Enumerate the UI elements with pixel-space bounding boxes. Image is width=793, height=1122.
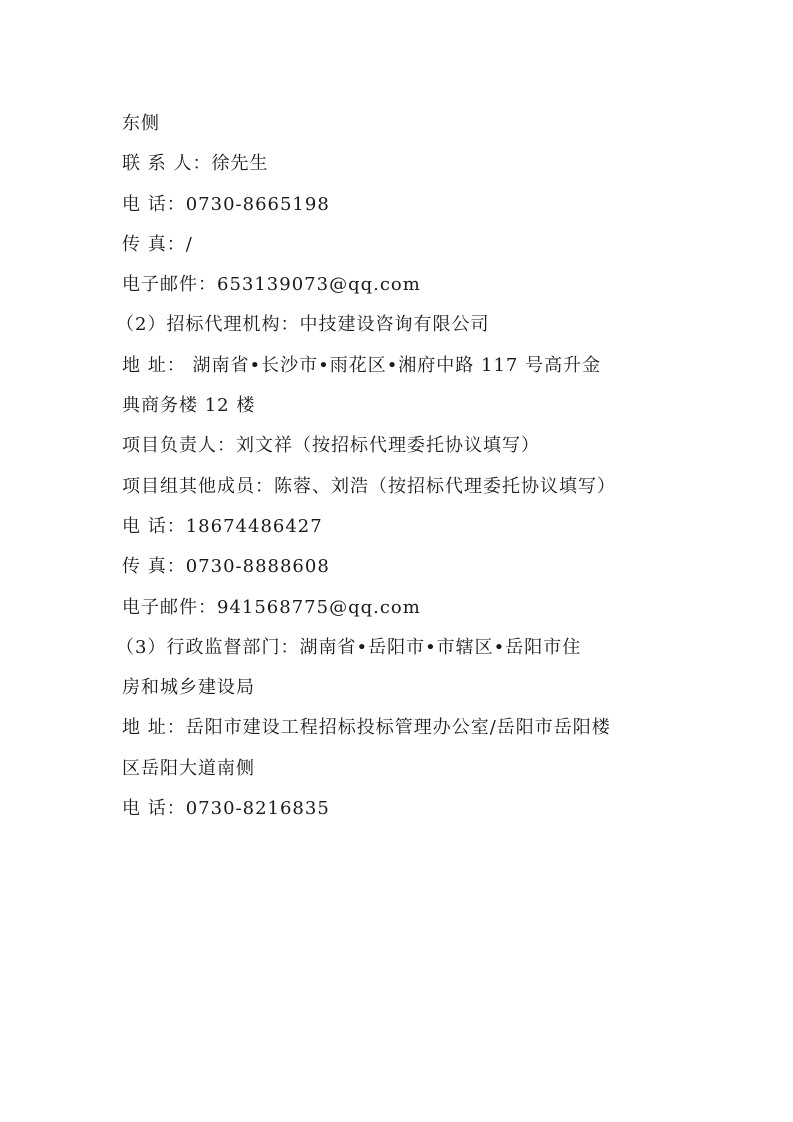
line-value: 中技建设咨询有限公司 [299, 314, 489, 335]
line-value: 房和城乡建设局 [122, 677, 255, 698]
line-value: 区岳阳大道南侧 [122, 758, 255, 779]
document-page: 东侧 联 系 人：徐先生 电 话：0730-8665198 传 真：/ 电子邮件… [122, 104, 682, 829]
supervision-address-continuation-line: 区岳阳大道南侧 [122, 749, 682, 789]
line-value: 653139073@qq.com [217, 274, 421, 295]
line-label: 电 话： [122, 516, 186, 537]
email-line: 电子邮件：653139073@qq.com [122, 265, 682, 305]
fax-line: 传 真：/ [122, 225, 682, 265]
contact-person-line: 联 系 人：徐先生 [122, 144, 682, 184]
line-value: 陈蓉、刘浩（按招标代理委托协议填写） [274, 476, 616, 497]
line-value: 18674486427 [186, 516, 323, 537]
supervision-heading-continuation-line: 房和城乡建设局 [122, 668, 682, 708]
line-value: 岳阳市建设工程招标投标管理办公室/岳阳市岳阳楼 [186, 717, 611, 738]
line-label: 项目负责人： [122, 435, 236, 456]
line-label: 传 真： [122, 556, 186, 577]
line-value: / [186, 234, 193, 255]
line-label: 电子邮件： [122, 597, 217, 618]
line-label: 项目组其他成员： [122, 476, 274, 497]
line-value: 0730-8665198 [186, 194, 330, 215]
agency-fax-line: 传 真：0730-8888608 [122, 547, 682, 587]
line-label: （2）招标代理机构： [116, 314, 299, 335]
line-value: 刘文祥（按招标代理委托协议填写） [236, 435, 540, 456]
phone-line: 电 话：0730-8665198 [122, 185, 682, 225]
address-continuation-line: 东侧 [122, 104, 682, 144]
agency-heading-line: （2）招标代理机构：中技建设咨询有限公司 [116, 305, 682, 345]
line-label: 地 址： [122, 355, 186, 376]
supervision-phone-line: 电 话：0730-8216835 [122, 789, 682, 829]
line-value: 0730-8888608 [186, 556, 330, 577]
line-label: 传 真： [122, 234, 186, 255]
supervision-heading-line: （3）行政监督部门：湖南省•岳阳市•市辖区•岳阳市住 [116, 628, 682, 668]
line-label: 电 话： [122, 798, 186, 819]
project-lead-line: 项目负责人：刘文祥（按招标代理委托协议填写） [122, 426, 682, 466]
line-value: 941568775@qq.com [217, 597, 421, 618]
line-label: 电 话： [122, 194, 186, 215]
project-members-line: 项目组其他成员：陈蓉、刘浩（按招标代理委托协议填写） [122, 467, 682, 507]
line-label: 联 系 人： [122, 153, 211, 174]
line-label: 电子邮件： [122, 274, 217, 295]
supervision-address-line: 地 址：岳阳市建设工程招标投标管理办公室/岳阳市岳阳楼 [122, 708, 682, 748]
agency-phone-line: 电 话：18674486427 [122, 507, 682, 547]
line-label: 地 址： [122, 717, 186, 738]
line-label: （3）行政监督部门： [116, 637, 299, 658]
line-value: 湖南省•岳阳市•市辖区•岳阳市住 [299, 637, 581, 658]
line-value: 0730-8216835 [186, 798, 330, 819]
line-value: 东侧 [122, 113, 160, 134]
agency-address-line: 地 址： 湖南省•长沙市•雨花区•湘府中路 117 号高升金 [122, 346, 682, 386]
agency-address-continuation-line: 典商务楼 12 楼 [122, 386, 682, 426]
agency-email-line: 电子邮件：941568775@qq.com [122, 588, 682, 628]
line-value: 湖南省•长沙市•雨花区•湘府中路 117 号高升金 [186, 355, 601, 376]
line-value: 徐先生 [211, 153, 268, 174]
line-value: 典商务楼 12 楼 [122, 395, 255, 416]
